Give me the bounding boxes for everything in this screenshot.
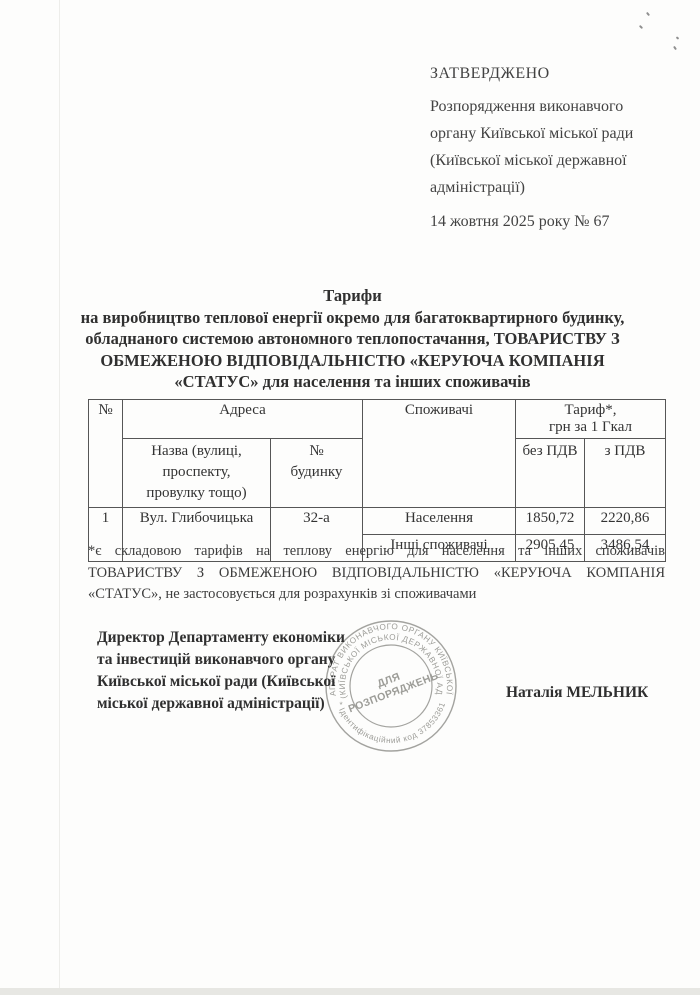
approval-line: органу Київської міської ради xyxy=(430,120,680,147)
document-title: Тарифи на виробництво теплової енергії о… xyxy=(45,285,660,393)
scan-bottom-edge xyxy=(0,988,700,995)
signatory-position: Директор Департаменту економіки та інвес… xyxy=(97,627,407,715)
street-name-sub-line: проспекту, xyxy=(129,462,264,483)
table-header-consumers: Споживачі xyxy=(363,400,516,508)
table-cell-no-vat: 1850,72 xyxy=(516,508,585,535)
signatory-name: Наталія МЕЛЬНИК xyxy=(506,684,648,702)
table-header-tariff-line2: грн за 1 Гкал xyxy=(522,419,659,436)
title-line: ОБМЕЖЕНОЮ ВІДПОВІДАЛЬНІСТЮ «КЕРУЮЧА КОМП… xyxy=(45,350,660,372)
street-name-sub-line: Назва (вулиці, xyxy=(129,441,264,462)
table-header-tariff: Тариф*, грн за 1 Гкал xyxy=(516,400,666,439)
scan-fold-line xyxy=(59,0,60,995)
scan-speck xyxy=(639,25,643,29)
approval-line: Розпорядження виконавчого xyxy=(430,93,680,120)
tariff-table: № Адреса Споживачі Тариф*, грн за 1 Гкал… xyxy=(88,399,666,562)
signatory-position-line: міської державної адміністрації) xyxy=(97,693,407,715)
scan-speck xyxy=(646,12,650,16)
building-sub-line: № xyxy=(277,441,356,462)
footnote: *є складовою тарифів на теплову енергію … xyxy=(88,541,665,606)
signatory-position-line: Київської міської ради (Київської xyxy=(97,671,407,693)
table-header-building: № будинку xyxy=(271,439,363,508)
title-line: на виробництво теплової енергії окремо д… xyxy=(45,307,660,329)
table-header-street-name: Назва (вулиці, проспекту, провулку тощо) xyxy=(123,439,271,508)
approval-date: 14 жовтня 2025 року № 67 xyxy=(430,208,680,235)
signatory-position-line: Директор Департаменту економіки xyxy=(97,627,407,649)
signatory-position-line: та інвестицій виконавчого органу xyxy=(97,649,407,671)
scan-speck xyxy=(673,46,677,50)
table-header-with-vat: з ПДВ xyxy=(585,439,666,508)
approval-line: адміністрації) xyxy=(430,174,680,201)
approval-line: (Київської міської державної xyxy=(430,147,680,174)
street-name-sub-line: провулку тощо) xyxy=(129,483,264,504)
table-header-address: Адреса xyxy=(123,400,363,439)
scan-speck xyxy=(676,36,680,39)
approval-heading: ЗАТВЕРДЖЕНО xyxy=(430,60,680,87)
title-line: обладнаного системою автономного теплопо… xyxy=(45,328,660,350)
title-line: Тарифи xyxy=(45,285,660,307)
title-line: «СТАТУС» для населення та інших споживач… xyxy=(45,371,660,393)
table-cell-with-vat: 2220,86 xyxy=(585,508,666,535)
table-header-no-vat: без ПДВ xyxy=(516,439,585,508)
approval-block: ЗАТВЕРДЖЕНО Розпорядження виконавчого ор… xyxy=(430,60,680,235)
table-header-tariff-line1: Тариф*, xyxy=(522,402,659,419)
table-cell-consumer: Населення xyxy=(363,508,516,535)
table-header-num: № xyxy=(89,400,123,508)
building-sub-line: будинку xyxy=(277,462,356,483)
